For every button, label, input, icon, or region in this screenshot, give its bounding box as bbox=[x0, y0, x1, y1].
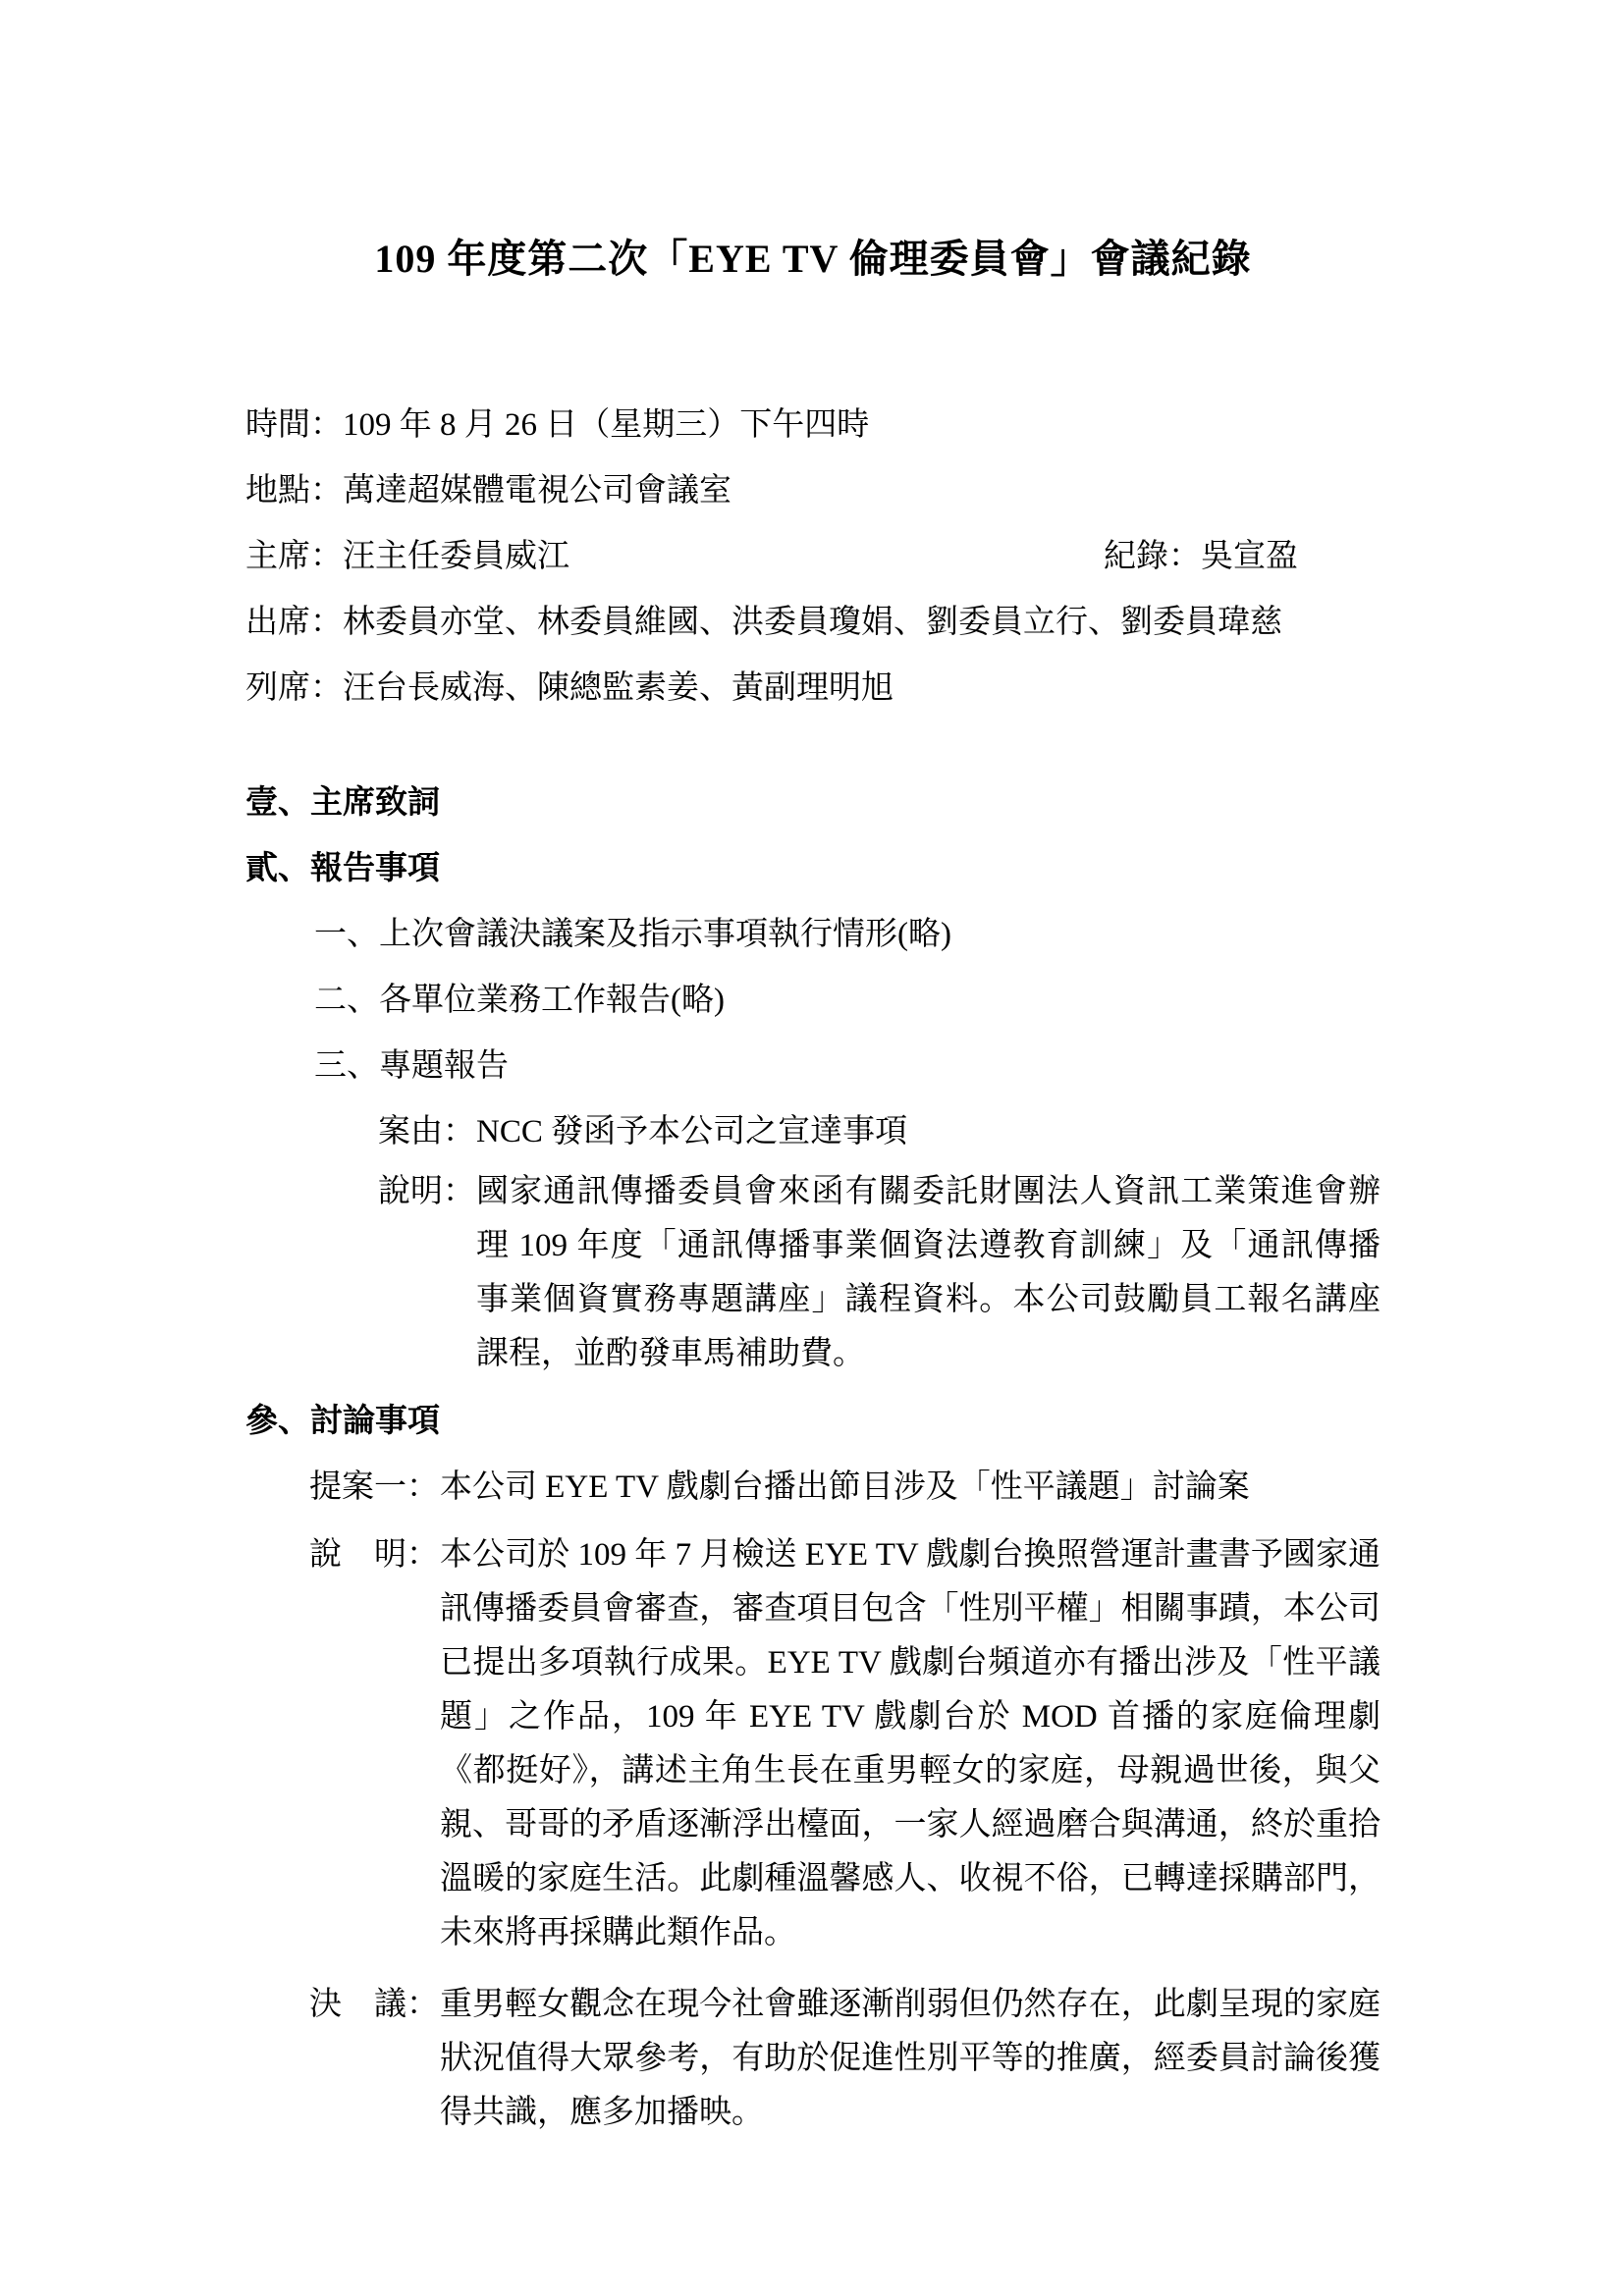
discussion-explanation-text: 本公司於 109 年 7 月檢送 EYE TV 戲劇台換照營運計畫書予國家通訊傳… bbox=[440, 1528, 1380, 1960]
section3-detail: 提案一： 本公司 EYE TV 戲劇台播出節目涉及「性平議題」討論案 說 明： … bbox=[309, 1455, 1380, 2140]
section2-items: 一、上次會議決議案及指示事項執行情形(略) 二、各單位業務工作報告(略) 三、專… bbox=[314, 902, 1380, 1099]
meeting-info: 時間：109 年 8 月 26 日（星期三）下午四時 地點：萬達超媒體電視公司會… bbox=[245, 393, 1380, 721]
list-item: 一、上次會議決議案及指示事項執行情形(略) bbox=[314, 902, 1380, 968]
list-item: 二、各單位業務工作報告(略) bbox=[314, 968, 1380, 1034]
meeting-location: 地點：萬達超媒體電視公司會議室 bbox=[245, 458, 1380, 524]
resolution-label: 決 議： bbox=[309, 1978, 440, 2140]
case-label: 案由： bbox=[378, 1099, 476, 1165]
meeting-chair: 主席：汪主任委員威江 bbox=[245, 539, 569, 574]
meeting-recorder: 紀錄：吳宣盈 bbox=[1104, 524, 1298, 590]
report-explanation-label: 說明： bbox=[378, 1165, 476, 1381]
proposal-text: 本公司 EYE TV 戲劇台播出節目涉及「性平議題」討論案 bbox=[440, 1455, 1380, 1521]
section2-heading: 貳、報告事項 bbox=[245, 836, 1380, 902]
proposal-row: 提案一： 本公司 EYE TV 戲劇台播出節目涉及「性平議題」討論案 bbox=[309, 1455, 1380, 1521]
report-explanation-row: 說明： 國家通訊傳播委員會來函有關委託財團法人資訊工業策進會辦理 109 年度「… bbox=[378, 1165, 1380, 1381]
meeting-chair-row: 主席：汪主任委員威江 紀錄：吳宣盈 bbox=[245, 524, 1380, 590]
section1-heading: 壹、主席致詞 bbox=[245, 771, 1380, 836]
resolution-text: 重男輕女觀念在現今社會雖逐漸削弱但仍然存在，此劇呈現的家庭狀況值得大眾參考，有助… bbox=[440, 1978, 1380, 2140]
section2-detail: 案由： NCC 發函予本公司之宣達事項 說明： 國家通訊傳播委員會來函有關委託財… bbox=[378, 1099, 1380, 1381]
proposal-label: 提案一： bbox=[309, 1455, 440, 1521]
discussion-explanation-row: 說 明： 本公司於 109 年 7 月檢送 EYE TV 戲劇台換照營運計畫書予… bbox=[309, 1528, 1380, 1960]
discussion-explanation-label: 說 明： bbox=[309, 1528, 440, 1960]
report-explanation-text: 國家通訊傳播委員會來函有關委託財團法人資訊工業策進會辦理 109 年度「通訊傳播… bbox=[476, 1165, 1380, 1381]
section3-heading: 參、討論事項 bbox=[245, 1389, 1380, 1455]
document-title: 109 年度第二次「EYE TV 倫理委員會」會議紀錄 bbox=[245, 0, 1380, 294]
meeting-attendees: 出席：林委員亦堂、林委員維國、洪委員瓊娟、劉委員立行、劉委員瑋慈 bbox=[245, 590, 1380, 656]
document-page: 109 年度第二次「EYE TV 倫理委員會」會議紀錄 時間：109 年 8 月… bbox=[0, 0, 1624, 2296]
list-item: 三、專題報告 bbox=[314, 1034, 1380, 1099]
case-row: 案由： NCC 發函予本公司之宣達事項 bbox=[378, 1099, 1380, 1165]
meeting-observers: 列席：汪台長威海、陳總監素姜、黃副理明旭 bbox=[245, 656, 1380, 721]
resolution-row: 決 議： 重男輕女觀念在現今社會雖逐漸削弱但仍然存在，此劇呈現的家庭狀況值得大眾… bbox=[309, 1978, 1380, 2140]
case-text: NCC 發函予本公司之宣達事項 bbox=[476, 1099, 1380, 1165]
meeting-time: 時間：109 年 8 月 26 日（星期三）下午四時 bbox=[245, 393, 1380, 458]
